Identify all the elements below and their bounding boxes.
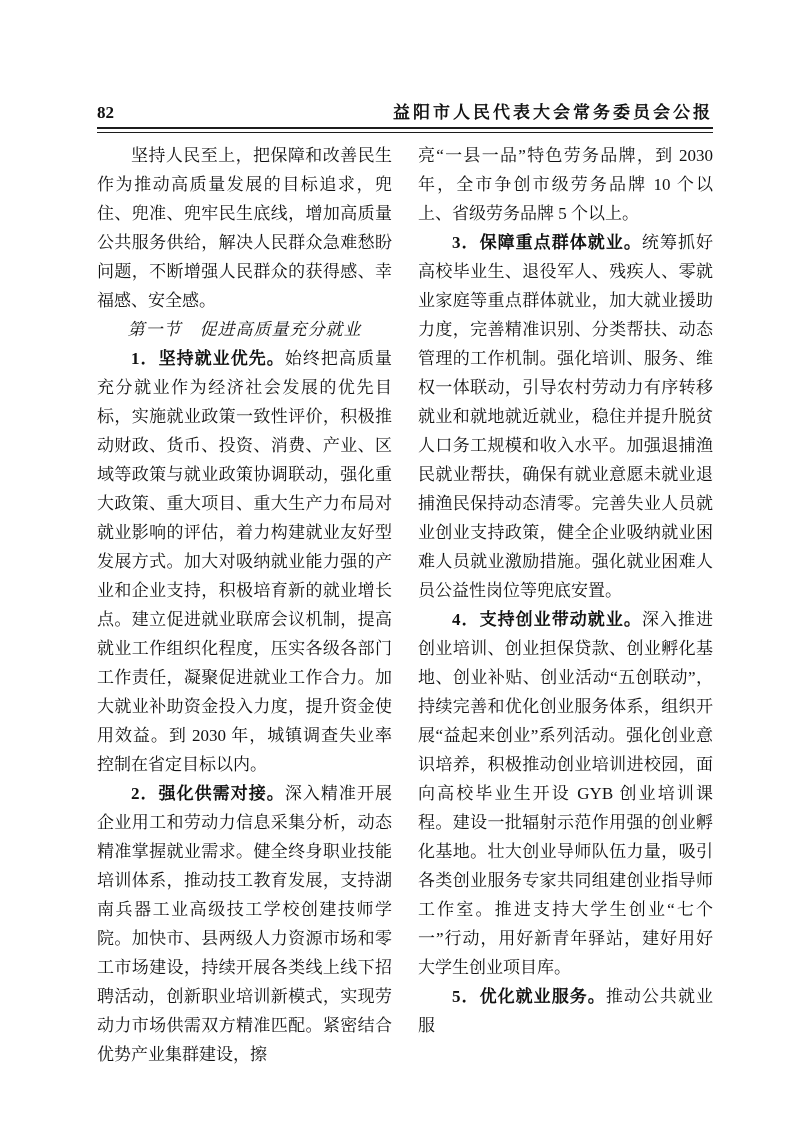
paragraph-text: 深入精准开展企业用工和劳动力信息采集分析，动态精准掌握就业需求。健全终身职业技能…	[97, 784, 392, 1064]
right-column: 亮“一县一品”特色劳务品牌，到 2030 年，全市争创市级劳务品牌 10 个以上…	[418, 141, 713, 1069]
paragraph: 3．保障重点群体就业。统筹抓好高校毕业生、退役军人、残疾人、零就业家庭等重点群体…	[418, 228, 713, 605]
paragraph: 2．强化供需对接。深入精准开展企业用工和劳动力信息采集分析，动态精准掌握就业需求…	[97, 779, 392, 1069]
paragraph-text: 坚持人民至上，把保障和改善民生作为推动高质量发展的目标追求，兜住、兜准、兜牢民生…	[97, 146, 392, 310]
paragraph-lead: 2．强化供需对接。	[131, 784, 285, 803]
paragraph-text: 统筹抓好高校毕业生、退役军人、残疾人、零就业家庭等重点群体就业，加大就业援助力度…	[418, 233, 713, 600]
text-columns: 坚持人民至上，把保障和改善民生作为推动高质量发展的目标追求，兜住、兜准、兜牢民生…	[97, 141, 713, 1069]
paragraph-text: 深入推进创业培训、创业担保贷款、创业孵化基地、创业补贴、创业活动“五创联动”，持…	[418, 610, 713, 977]
paragraph: 5．优化就业服务。推动公共就业服	[418, 982, 713, 1040]
paragraph-text: 亮“一县一品”特色劳务品牌，到 2030 年，全市争创市级劳务品牌 10 个以上…	[418, 146, 713, 223]
paragraph: 1．坚持就业优先。始终把高质量充分就业作为经济社会发展的优先目标，实施就业政策一…	[97, 344, 392, 779]
header-title: 益阳市人民代表大会常务委员会公报	[393, 104, 713, 122]
document-page: 82 益阳市人民代表大会常务委员会公报 坚持人民至上，把保障和改善民生作为推动高…	[0, 0, 794, 1122]
paragraph: 4．支持创业带动就业。深入推进创业培训、创业担保贷款、创业孵化基地、创业补贴、创…	[418, 605, 713, 982]
paragraph-continuation: 亮“一县一品”特色劳务品牌，到 2030 年，全市争创市级劳务品牌 10 个以上…	[418, 141, 713, 228]
page-header: 82 益阳市人民代表大会常务委员会公报	[97, 104, 713, 127]
section-heading: 第一节 促进高质量充分就业	[97, 315, 392, 344]
paragraph-lead: 5．优化就业服务。	[452, 987, 606, 1006]
paragraph-lead: 1．坚持就业优先。	[131, 349, 285, 368]
paragraph-lead: 3．保障重点群体就业。	[452, 233, 642, 252]
header-double-rule	[97, 127, 713, 133]
left-column: 坚持人民至上，把保障和改善民生作为推动高质量发展的目标追求，兜住、兜准、兜牢民生…	[97, 141, 392, 1069]
page-number: 82	[97, 104, 114, 122]
paragraph: 坚持人民至上，把保障和改善民生作为推动高质量发展的目标追求，兜住、兜准、兜牢民生…	[97, 141, 392, 315]
paragraph-text: 始终把高质量充分就业作为经济社会发展的优先目标，实施就业政策一致性评价，积极推动…	[97, 349, 392, 774]
paragraph-lead: 4．支持创业带动就业。	[452, 610, 642, 629]
